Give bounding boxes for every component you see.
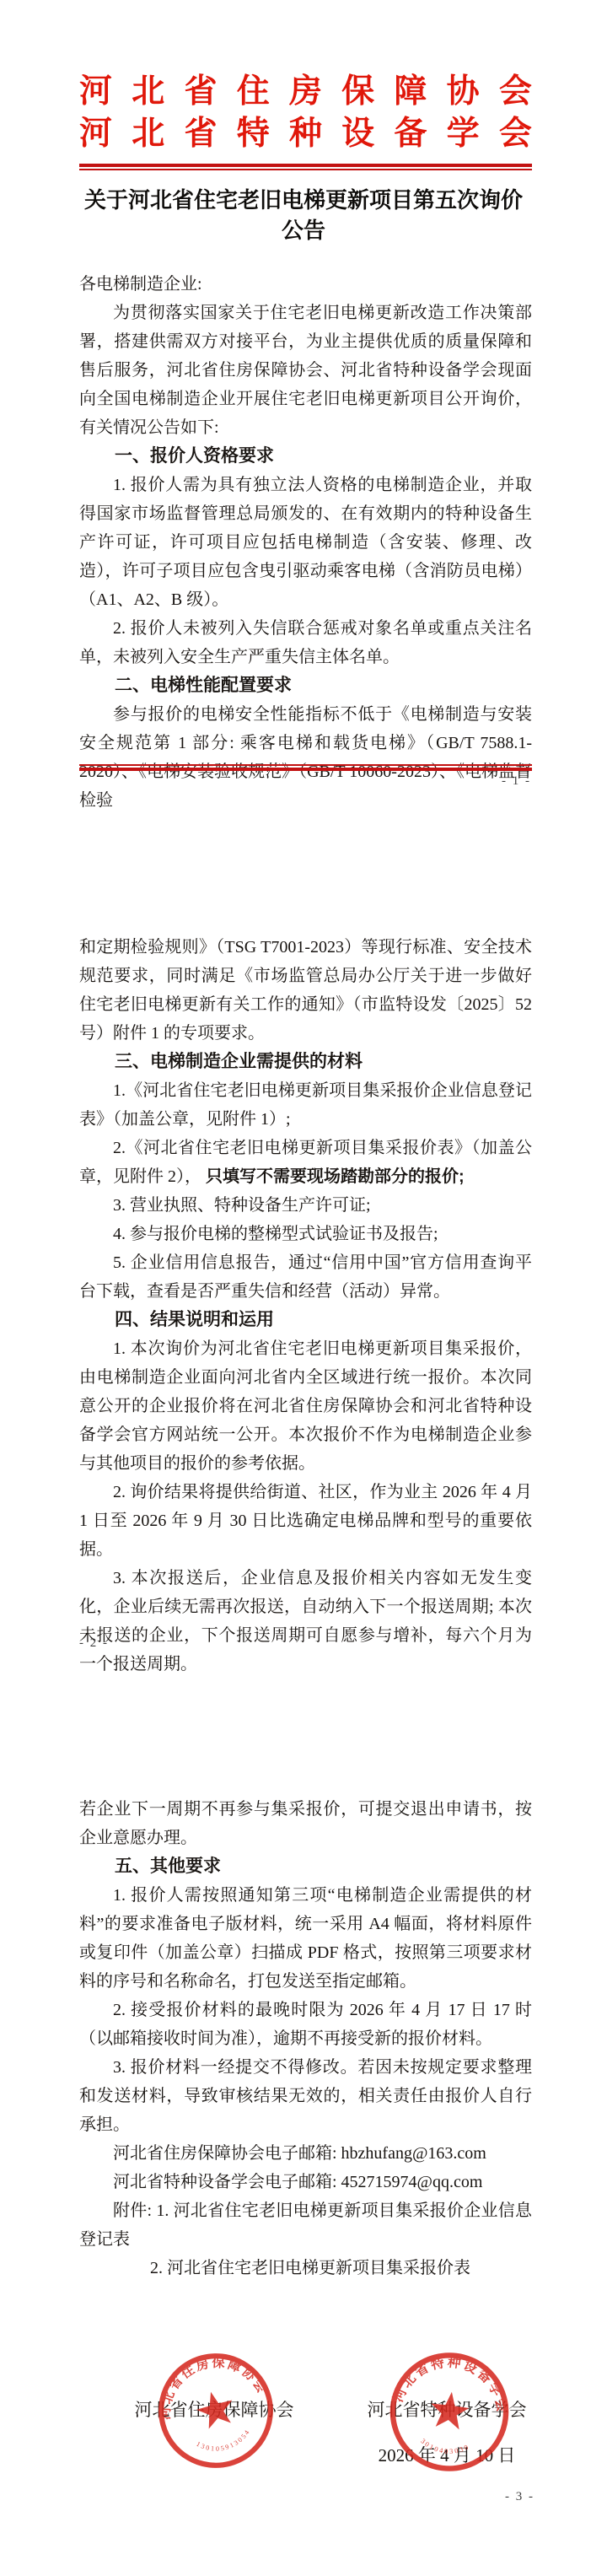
official-seal-left: 河北省住房保障协会 130105913054 <box>141 2331 291 2490</box>
page1-number: - 1 - <box>502 774 531 789</box>
document-title-line2: 公告 <box>51 216 556 246</box>
section-1-item-2: 2. 报价人未被列入失信联合惩戒对象名单或重点关注名单，未被列入安全生产严重失信… <box>79 614 532 671</box>
star-icon <box>428 2390 470 2430</box>
seal-right-graphic: 河北省特种设备学会 3010403030 <box>373 2342 527 2482</box>
section-3-item-4: 4. 参与报价电梯的整梯型式试验证书及报告; <box>79 1220 532 1248</box>
masthead-org-1: 河北省住房保障协会 <box>79 71 532 113</box>
official-notice-document: 河北省住房保障协会 河北省特种设备学会 关于河北省住宅老旧电梯更新项目第五次询价… <box>0 0 607 2576</box>
attachment-list-item-2: 2. 河北省住宅老旧电梯更新项目集采报价表 <box>79 2254 532 2282</box>
section-4-heading: 四、结果说明和运用 <box>79 1306 532 1334</box>
section-4-item-2: 2. 询价结果将提供给街道、社区，作为业主 2026 年 4 月 1 日至 20… <box>79 1478 532 1564</box>
section-3-item-3: 3. 营业执照、特种设备生产许可证; <box>79 1191 532 1220</box>
page3-body: 若企业下一周期不再参与集采报价，可提交退出申请书，按企业意愿办理。 五、其他要求… <box>79 1795 532 2282</box>
document-title-line1: 关于河北省住宅老旧电梯更新项目第五次询价 <box>51 186 556 216</box>
section-3-item-5: 5. 企业信用信息报告，通过“信用中国”官方信用查询平台下载，查看是否严重失信和… <box>79 1248 532 1306</box>
section-1-heading: 一、报价人资格要求 <box>79 442 532 471</box>
section-3-item-2-bold: 只填写不需要现场踏勘部分的报价; <box>206 1167 465 1186</box>
section-1-item-1: 1. 报价人需为具有独立法人资格的电梯制造企业，并取得国家市场监督管理总局颁发的… <box>79 471 532 614</box>
contact-email-equipment: 河北省特种设备学会电子邮箱: 452715974@qq.com <box>79 2168 532 2196</box>
section-2-paragraph-part1: 参与报价的电梯安全性能指标不低于《电梯制造与安装安全规范第 1 部分: 乘客电梯… <box>79 700 532 815</box>
seal-right-serial: 3010403030 <box>418 2437 472 2459</box>
section-2-heading: 二、电梯性能配置要求 <box>79 671 532 700</box>
page1-footer-rule <box>79 764 532 771</box>
intro-paragraph: 为贯彻落实国家关于住宅老旧电梯更新改造工作决策部署，搭建供需双方对接平台，为业主… <box>79 299 532 442</box>
section-4-item-3-continued: 若企业下一周期不再参与集采报价，可提交退出申请书，按企业意愿办理。 <box>79 1795 532 1852</box>
section-5-item-3: 3. 报价材料一经提交不得修改。若因未按规定要求整理和发送材料，导致审核结果无效… <box>79 2053 532 2139</box>
svg-text:3010403030: 3010403030 <box>418 2437 472 2459</box>
star-icon <box>193 2387 238 2431</box>
document-title: 关于河北省住宅老旧电梯更新项目第五次询价 公告 <box>51 186 556 246</box>
seal-left-graphic: 河北省住房保障协会 130105913054 <box>141 2331 291 2490</box>
section-5-heading: 五、其他要求 <box>79 1852 532 1881</box>
masthead-org-2: 河北省特种设备学会 <box>79 113 532 155</box>
section-3-item-1: 1.《河北省住宅老旧电梯更新项目集采报价企业信息登记表》（加盖公章，见附件 1）… <box>79 1076 532 1134</box>
page2-number: - 2 - <box>79 1636 109 1651</box>
page3-number: - 3 - <box>505 2490 534 2504</box>
section-5-item-1: 1. 报价人需按照通知第三项“电梯制造企业需提供的材料”的要求准备电子版材料，统… <box>79 1881 532 1996</box>
salutation: 各电梯制造企业: <box>79 270 532 299</box>
section-3-item-2: 2.《河北省住宅老旧电梯更新项目集采报价表》（加盖公章，见附件 2）， 只填写不… <box>79 1134 532 1191</box>
section-2-paragraph-part2: 和定期检验规则》（TSG T7001-2023）等现行标准、安全技术规范要求，同… <box>79 933 532 1048</box>
section-3-heading: 三、电梯制造企业需提供的材料 <box>79 1048 532 1076</box>
official-seal-right: 河北省特种设备学会 3010403030 <box>373 2342 527 2482</box>
section-5-item-2: 2. 接受报价材料的最晚时限为 2026 年 4 月 17 日 17 时（以邮箱… <box>79 1996 532 2053</box>
masthead: 河北省住房保障协会 河北省特种设备学会 <box>79 71 532 155</box>
page2-body: 和定期检验规则》（TSG T7001-2023）等现行标准、安全技术规范要求，同… <box>79 933 532 1679</box>
section-4-item-3: 3. 本次报送后，企业信息及报价相关内容如无发生变化，企业后续无需再次报送，自动… <box>79 1564 532 1679</box>
masthead-divider-rule <box>79 164 532 170</box>
page1-body: 各电梯制造企业: 为贯彻落实国家关于住宅老旧电梯更新改造工作决策部署，搭建供需双… <box>79 270 532 815</box>
section-4-item-1: 1. 本次询价为河北省住宅老旧电梯更新项目集采报价，由电梯制造企业面向河北省内全… <box>79 1334 532 1478</box>
attachment-list-item-1: 附件: 1. 河北省住宅老旧电梯更新项目集采报价企业信息登记表 <box>79 2196 532 2254</box>
contact-email-housing: 河北省住房保障协会电子邮箱: hbzhufang@163.com <box>79 2139 532 2168</box>
